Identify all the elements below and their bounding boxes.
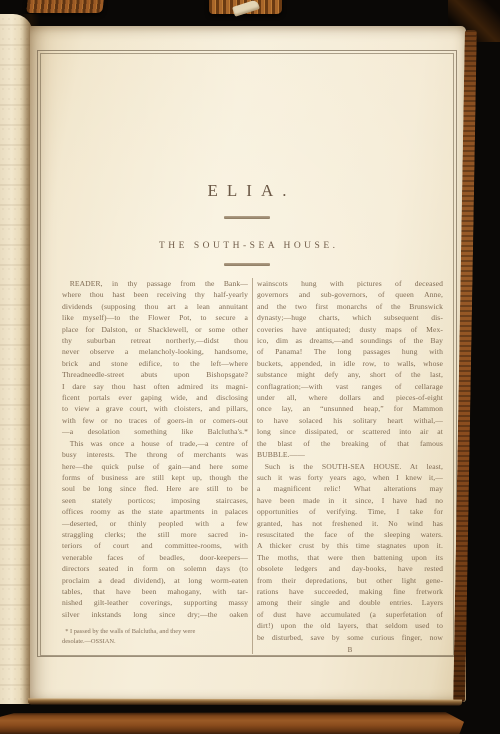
text-line: under all, where dollars and pieces-of-e… [257,392,443,403]
text-line: have been made in it since, I have had n… [257,495,443,506]
text-line: * I passed by the walls of Balclutha, an… [62,627,248,637]
text-line: proclaim a dead dividend), at long worm-… [62,575,248,586]
text-line: ico, dim as dreams,—and soundings of the… [257,335,443,346]
text-line: busy interests. The throng of merchants … [62,449,248,460]
text-line: I dare say thou hast often admired its m… [62,381,248,392]
text-line: brick and stone edifice, to the left—whe… [62,358,248,369]
text-line: substance might defy any, short of the l… [257,369,443,380]
right-column: wainscots hung with pictures of deceased… [257,278,443,654]
text-line: wainscots hung with pictures of deceased [257,278,443,289]
right-column-text: wainscots hung with pictures of deceased… [257,278,443,643]
text-line: —deserted, or thinly peopled with a few [62,518,248,529]
text-line: directors seated in form on solemn days … [62,563,248,574]
text-line: of dust have accumulated (a superfetatio… [257,609,443,620]
text-line: obsolete ledgers and day-books, have res… [257,563,443,574]
text-line: place for Dalston, or Shacklewell, or so… [62,324,248,335]
text-line: silver inkstands long since dry;—the oak… [62,609,248,620]
page-border-frame: ELIA. THE SOUTH-SEA HOUSE. READER, in th… [37,50,457,657]
page-border-frame-inner: ELIA. THE SOUTH-SEA HOUSE. READER, in th… [40,53,454,656]
text-line: opportunities of verifying. Time, I take… [257,506,443,517]
text-line: and the two first monarchs of the Brunsw… [257,301,443,312]
text-line: thy suburban retreat northerly,—didst th… [62,335,248,346]
book-cover-bottom-board [0,712,464,734]
text-line: to have solaced his solitary heart witha… [257,415,443,426]
text-line: teriors of court and committee-rooms, wi… [62,540,248,551]
footnote: * I passed by the walls of Balclutha, an… [62,627,248,646]
page-bottom-edge [28,698,462,705]
text-line: nished gilt-leather coverings, supportin… [62,597,248,608]
text-line: governors and sub-governors, of queen An… [257,289,443,300]
chapter-rule [224,263,270,266]
text-line: offices roomy as the state apartments in… [62,506,248,517]
text-line: be disturbed, save by some curious finge… [257,632,443,643]
text-line: a magnificent relic! What alterations ma… [257,483,443,494]
text-line: never observe a melancholy-looking, hand… [62,346,248,357]
text-line: buckets, appended, in idle row, to walls… [257,358,443,369]
text-line: dynasty;—huge charts, which subsequent d… [257,312,443,323]
text-line: resuscitated the face of the sleeping wa… [257,529,443,540]
left-column: READER, in thy passage from the Bank—whe… [62,278,248,654]
signature-mark: B [257,646,443,654]
text-line: like myself)—to the Flower Pot, to secur… [62,312,248,323]
text-line: where thou hast been receiving thy half-… [62,289,248,300]
text-line: seen stately porticos; imposing staircas… [62,495,248,506]
title-rule [224,216,270,219]
text-line: such it was forty years ago, when I knew… [257,472,443,483]
text-line: Such is the SOUTH-SEA HOUSE. At least, [257,461,443,472]
chapter-heading: THE SOUTH-SEA HOUSE. [155,240,338,252]
text-line: straggling clerks; the still more sacred… [62,529,248,540]
book-title: ELIA. [199,180,296,201]
text-line: soul be long since fled. Here are still … [62,483,248,494]
text-line: once lay, an “unsunned heap,” for Mammon [257,403,443,414]
text-line: desolate.—OSSIAN. [62,637,248,647]
text-line: forms of business are still kept up, tho… [62,472,248,483]
text-line: rations have succeeded, making fine fret… [257,586,443,597]
text-line: coveries have antiquated; dusty maps of … [257,324,443,335]
book-photograph: ELIA. THE SOUTH-SEA HOUSE. READER, in th… [0,0,500,734]
text-line: A thicker crust by this time stagnates u… [257,540,443,551]
book-page: ELIA. THE SOUTH-SEA HOUSE. READER, in th… [30,26,466,702]
text-line: The moths, that were then battening upon… [257,552,443,563]
text-line: the blast of the breaking of that famous [257,438,443,449]
text-line: long since dissipated, or scattered into… [257,426,443,437]
text-line: dividends (supposing thou art a lean ann… [62,301,248,312]
text-line: venerable faces of beadles, door-keepers… [62,552,248,563]
headband-left [26,0,103,13]
text-line: ficent portals ever gaping wide, and dis… [62,392,248,403]
text-line: from their depredations, but other light… [257,575,443,586]
text-line: Threadneedle-street abuts upon Bishopsga… [62,369,248,380]
text-line: granted, has not freshened it. No wind h… [257,518,443,529]
text-line: This was once a house of trade,—a centre… [62,438,248,449]
text-line: with few or no traces of goers-in or com… [62,415,248,426]
text-line: to view a grave court, with cloisters, a… [62,403,248,414]
text-line: BUBBLE.—— [257,449,443,460]
text-line: conflagration;—with vast ranges of cella… [257,381,443,392]
text-line: of Panama! The long passages hung with [257,346,443,357]
text-line: —a desolation something like Balclutha's… [62,426,248,437]
text-line: READER, in thy passage from the Bank— [62,278,248,289]
text-columns: READER, in thy passage from the Bank—whe… [41,278,453,654]
text-line: among their single and double entries. L… [257,597,443,608]
text-line: dirt!) upon the old layers, that seldom … [257,620,443,631]
text-line: tables, that have been mahogany, with ta… [62,586,248,597]
left-column-text: READER, in thy passage from the Bank—whe… [62,278,248,620]
text-line: here—the quick pulse of gain—and here so… [62,461,248,472]
column-divider-rule [252,278,253,654]
